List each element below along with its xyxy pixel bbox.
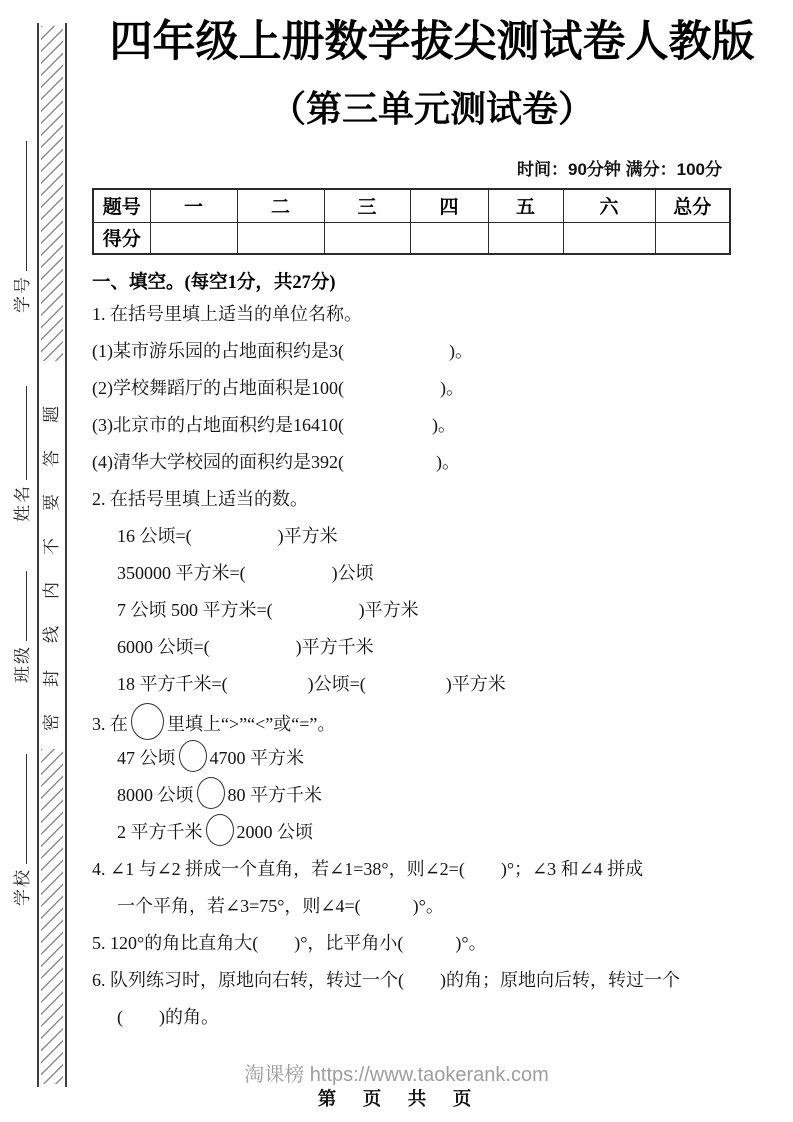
score-table-header: 题号 — [93, 189, 150, 223]
question-6-line-1: 6. 队列练习时，原地向右转，转过一个()的角；原地向后转，转过一个 — [92, 962, 772, 999]
answer-blank — [366, 689, 446, 690]
answer-blank — [228, 689, 308, 690]
school-label: 学校 — [8, 868, 33, 906]
text-run: )°，比平角小( — [294, 933, 403, 953]
question-1-item-1: (1)某市游乐园的占地面积约是3()。 — [92, 333, 772, 370]
text-run: 80 平方千米 — [228, 785, 323, 805]
class-label: 班级 — [8, 645, 33, 683]
score-cell — [150, 223, 237, 254]
question-3-heading: 3. 在里填上“>”“<”或“=”。 — [92, 703, 772, 740]
main-content: 四年级上册数学拔尖测试卷人教版 （第三单元测试卷） 时间：90分钟 满分：100… — [92, 0, 772, 1036]
text-run: )平方米 — [278, 526, 338, 546]
score-table-header: 一 — [150, 189, 237, 223]
seal-line-band: 密封线内不要答题 — [37, 23, 67, 1087]
answer-blank — [344, 393, 440, 394]
answer-blank — [403, 948, 455, 949]
score-table: 题号 一 二 三 四 五 六 总分 得分 — [92, 188, 731, 255]
paper-subtitle: （第三单元测试卷） — [92, 86, 772, 133]
fill-line — [14, 754, 27, 864]
text-run: 350000 平方米=( — [117, 563, 246, 583]
student-no-label: 学号 — [8, 275, 33, 313]
text-run: (3)北京市的占地面积约是16410( — [92, 415, 344, 435]
question-2-item-3: 7 公顷 500 平方米=()平方米 — [92, 592, 772, 629]
answer-blank — [258, 948, 294, 949]
score-table-header: 三 — [324, 189, 410, 223]
comparison-circle — [197, 777, 225, 809]
text-run: )平方米 — [359, 600, 419, 620]
page-number-line: 第 页 共 页 — [0, 1088, 793, 1112]
hatch-pattern-top — [41, 26, 63, 361]
time-score-info: 时间：90分钟 满分：100分 — [92, 155, 772, 180]
question-1-item-3: (3)北京市的占地面积约是16410()。 — [92, 407, 772, 444]
comparison-circle — [131, 703, 164, 740]
question-1-item-4: (4)清华大学校园的面积约是392()。 — [92, 444, 772, 481]
text-run: 2 平方千米 — [117, 822, 203, 842]
question-4-line-1: 4. ∠1 与∠2 拼成一个直角，若∠1=38°，则∠2=()°；∠3 和∠4 … — [92, 851, 772, 888]
margin-label-student-no: 学号 — [8, 141, 32, 313]
text-run: 2000 公顷 — [237, 822, 314, 842]
text-run: )。 — [436, 452, 460, 472]
answer-blank — [344, 430, 432, 431]
comparison-circle — [179, 740, 207, 772]
answer-blank — [344, 467, 436, 468]
score-cell — [655, 223, 730, 254]
seal-text-area: 密封线内不要答题 — [39, 364, 65, 746]
text-run: )。 — [432, 415, 456, 435]
text-run: )。 — [449, 341, 473, 361]
text-run: 6000 公顷=( — [117, 637, 210, 657]
text-run: 8000 公顷 — [117, 785, 194, 805]
answer-blank — [361, 911, 413, 912]
margin-label-name: 姓名 — [8, 386, 32, 522]
score-table-header: 二 — [237, 189, 324, 223]
question-3-item-1: 47 公顷4700 平方米 — [92, 740, 772, 777]
answer-blank — [210, 652, 296, 653]
text-run: )°。 — [413, 896, 444, 916]
score-cell — [324, 223, 410, 254]
score-table-header: 六 — [563, 189, 655, 223]
question-2-item-1: 16 公顷=()平方米 — [92, 518, 772, 555]
text-run: 18 平方千米=( — [117, 674, 228, 694]
fill-line — [14, 571, 27, 641]
answer-blank — [404, 985, 440, 986]
text-run: )公顷=( — [308, 674, 366, 694]
question-2-item-4: 6000 公顷=()平方千米 — [92, 629, 772, 666]
answer-blank — [123, 1022, 159, 1023]
text-run: 4. ∠1 与∠2 拼成一个直角，若∠1=38°，则∠2=( — [92, 859, 465, 879]
text-run: 1. 在括号里填上适当的单位名称。 — [92, 304, 362, 324]
question-6-line-2: ()的角。 — [92, 999, 772, 1036]
text-run: 4700 平方米 — [210, 748, 305, 768]
text-run: 47 公顷 — [117, 748, 176, 768]
answer-blank — [246, 578, 332, 579]
text-run: 2. 在括号里填上适当的数。 — [92, 489, 308, 509]
seal-text: 密封线内不要答题 — [39, 364, 65, 746]
answer-blank — [273, 615, 359, 616]
score-cell — [488, 223, 563, 254]
paper-title: 四年级上册数学拔尖测试卷人教版 — [92, 16, 772, 70]
text-run: 一个平角，若∠3=75°，则∠4=( — [117, 896, 361, 916]
question-4-line-2: 一个平角，若∠3=75°，则∠4=()°。 — [92, 888, 772, 925]
site-watermark: 淘课榜 https://www.taokerank.com — [0, 1062, 793, 1088]
question-1-heading: 1. 在括号里填上适当的单位名称。 — [92, 296, 772, 333]
text-run: )°。 — [455, 933, 486, 953]
text-run: 16 公顷=( — [117, 526, 192, 546]
test-paper-page: 学号 姓名 班级 学校 密封线内不要答题 四年级上册数学拔尖测试卷人教版 （第三… — [0, 0, 793, 1122]
question-3-item-2: 8000 公顷80 平方千米 — [92, 777, 772, 814]
page-footer: 淘课榜 https://www.taokerank.com 第 页 共 页 — [0, 1062, 793, 1112]
text-run: 5. 120°的角比直角大( — [92, 933, 258, 953]
text-run: (1)某市游乐园的占地面积约是3( — [92, 341, 344, 361]
score-table-header: 五 — [488, 189, 563, 223]
text-run: )平方千米 — [296, 637, 374, 657]
text-run: )公顷 — [332, 563, 374, 583]
section-heading: 一、填空。(每空1分，共27分) — [92, 270, 772, 296]
margin-label-school: 学校 — [8, 754, 32, 906]
comparison-circle — [206, 814, 234, 846]
score-table-header: 四 — [410, 189, 488, 223]
question-2-item-5: 18 平方千米=()公顷=()平方米 — [92, 666, 772, 703]
question-2-item-2: 350000 平方米=()公顷 — [92, 555, 772, 592]
question-1-item-2: (2)学校舞蹈厅的占地面积是100()。 — [92, 370, 772, 407]
text-run: 里填上“>”“<”或“=”。 — [167, 714, 335, 734]
score-row-label: 得分 — [93, 223, 150, 254]
text-run: )。 — [440, 378, 464, 398]
text-run: 3. 在 — [92, 714, 128, 734]
text-run: (4)清华大学校园的面积约是392( — [92, 452, 344, 472]
answer-blank — [344, 356, 449, 357]
question-3-item-3: 2 平方千米2000 公顷 — [92, 814, 772, 851]
score-cell — [410, 223, 488, 254]
text-run: ( — [117, 1007, 123, 1027]
score-cell — [563, 223, 655, 254]
question-5: 5. 120°的角比直角大()°，比平角小()°。 — [92, 925, 772, 962]
score-table-header: 总分 — [655, 189, 730, 223]
margin-label-class: 班级 — [8, 571, 32, 683]
name-label: 姓名 — [8, 484, 33, 522]
text-run: )°；∠3 和∠4 拼成 — [501, 859, 643, 879]
question-2-heading: 2. 在括号里填上适当的数。 — [92, 481, 772, 518]
text-run: (2)学校舞蹈厅的占地面积是100( — [92, 378, 344, 398]
text-run: )平方米 — [446, 674, 506, 694]
fill-line — [14, 386, 27, 480]
text-run: )的角。 — [159, 1007, 219, 1027]
score-cell — [237, 223, 324, 254]
answer-blank — [192, 541, 278, 542]
hatch-pattern-bottom — [41, 749, 63, 1084]
answer-blank — [465, 874, 501, 875]
text-run: )的角；原地向后转，转过一个 — [440, 970, 680, 990]
text-run: 6. 队列练习时，原地向右转，转过一个( — [92, 970, 404, 990]
fill-line — [14, 141, 27, 271]
text-run: 7 公顷 500 平方米=( — [117, 600, 273, 620]
